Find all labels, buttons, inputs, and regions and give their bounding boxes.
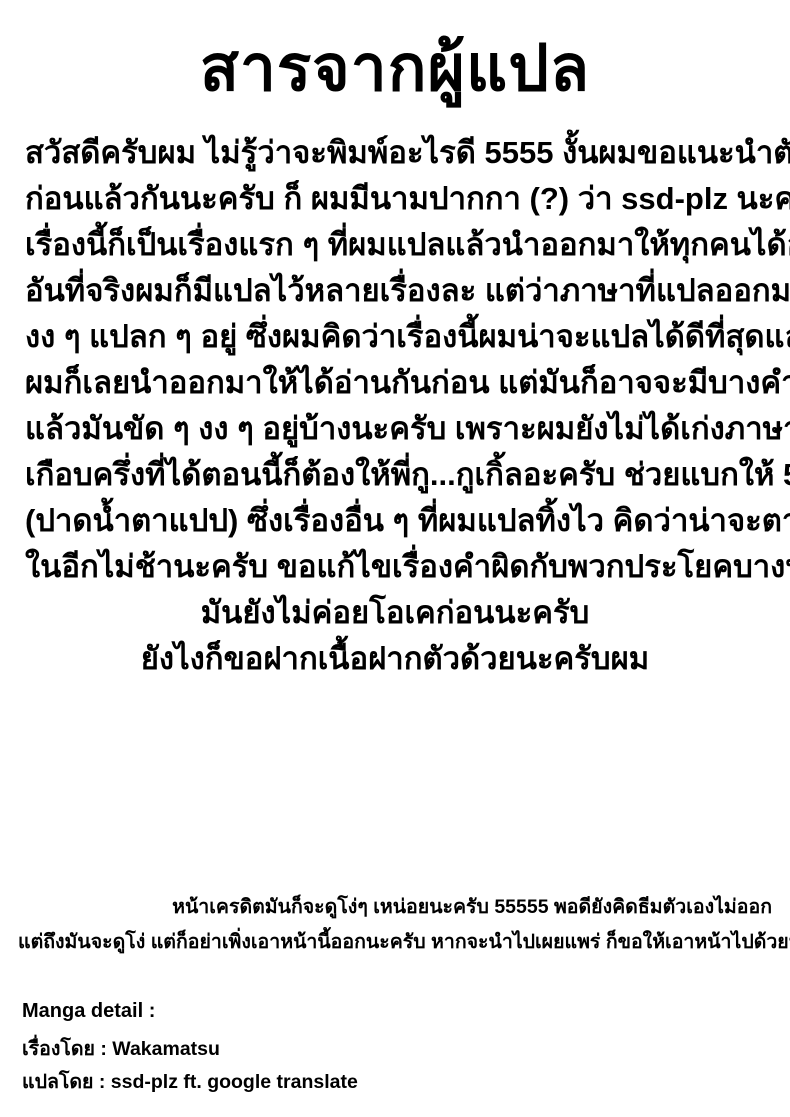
footnote-line: แต่ถึงมันจะดูโง่ แต่ก็อย่าเพิ่งเอาหน้านี…	[18, 925, 772, 960]
manga-detail-credits: Manga detail : เรื่องโดย : Wakamatsu แปล…	[22, 998, 762, 1099]
message-line: มันยังไม่ค่อยโอเคก่อนนะครับ	[25, 590, 765, 636]
credit-page-footnote: หน้าเครดิตมันก็จะดูโง่ๆ เหน่อยนะครับ 555…	[18, 890, 772, 960]
message-line: สวัสดีครับผม ไม่รู้ว่าจะพิมพ์อะไรดี 5555…	[25, 130, 765, 176]
message-line: ยังไงก็ขอฝากเนื้อฝากตัวด้วยนะครับผม	[25, 636, 765, 682]
page-title: สารจากผู้แปล	[0, 18, 790, 118]
translator-note-page: สารจากผู้แปล สวัสดีครับผม ไม่รู้ว่าจะพิม…	[0, 0, 790, 1117]
credit-story-by: เรื่องโดย : Wakamatsu	[22, 1033, 762, 1066]
message-line: งง ๆ แปลก ๆ อยู่ ซึ่งผมคิดว่าเรื่องนี้ผม…	[25, 314, 765, 360]
translator-message: สวัสดีครับผม ไม่รู้ว่าจะพิมพ์อะไรดี 5555…	[25, 130, 765, 682]
credit-translated-by: แปลโดย : ssd-plz ft. google translate	[22, 1066, 762, 1099]
message-line: เรื่องนี้ก็เป็นเรื่องแรก ๆ ที่ผมแปลแล้วน…	[25, 222, 765, 268]
message-line: (ปาดน้ำตาแปป) ซึ่งเรื่องอื่น ๆ ที่ผมแปลท…	[25, 498, 765, 544]
message-line: เกือบครึ่งที่ได้ตอนนี้ก็ต้องให้พี่กู...ก…	[25, 452, 765, 498]
message-line: ก่อนแล้วกันนะครับ ก็ ผมมีนามปากกา (?) ว่…	[25, 176, 765, 222]
footnote-line: หน้าเครดิตมันก็จะดูโง่ๆ เหน่อยนะครับ 555…	[18, 890, 772, 925]
credits-heading: Manga detail :	[22, 998, 762, 1024]
message-line: อันที่จริงผมก็มีแปลไว้หลายเรื่องละ แต่ว่…	[25, 268, 765, 314]
message-line: แล้วมันขัด ๆ งง ๆ อยู่บ้างนะครับ เพราะผม…	[25, 406, 765, 452]
message-line: ผมก็เลยนำออกมาให้ได้อ่านกันก่อน แต่มันก็…	[25, 360, 765, 406]
message-line: ในอีกไม่ช้านะครับ ขอแก้ไขเรื่องคำผิดกับพ…	[25, 544, 765, 590]
